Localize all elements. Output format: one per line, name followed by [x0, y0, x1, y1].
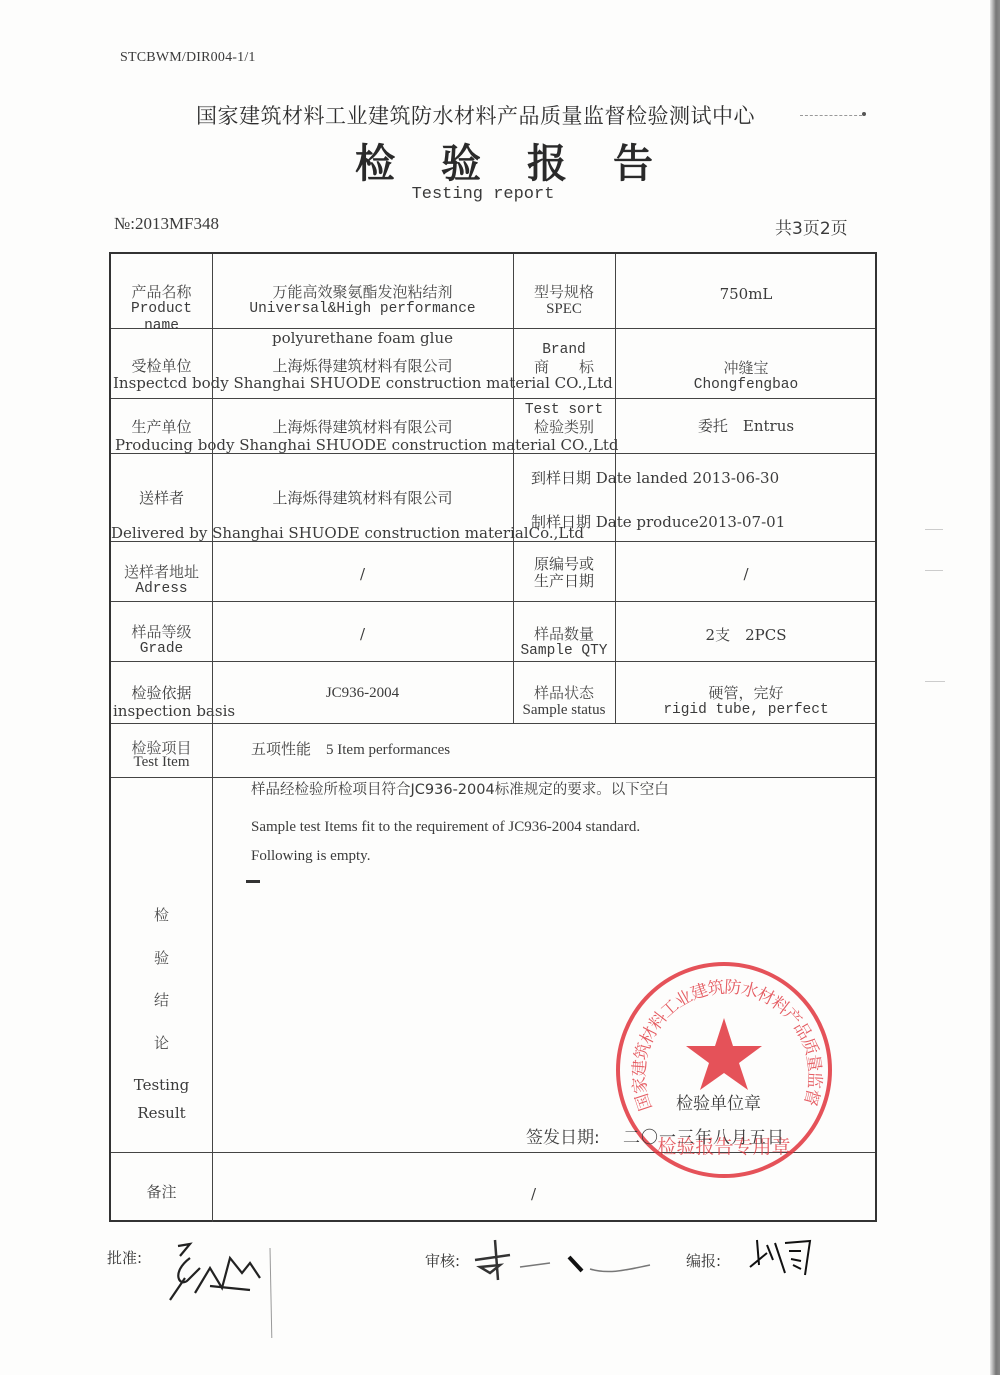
producing-body-value-cn: 上海烁得建筑材料有限公司	[212, 419, 513, 436]
spec-label: 型号规格 SPEC	[513, 284, 615, 318]
reviewed-signature	[470, 1235, 670, 1285]
report-title: 检验报告	[355, 132, 699, 189]
address-value: /	[212, 566, 513, 583]
grade-label: 样品等级 Grade	[111, 624, 212, 658]
inspected-body-value-cn: 上海烁得建筑材料有限公司	[212, 358, 513, 375]
organization-title: 国家建筑材料工业建筑防水材料产品质量监督检验测试中心	[196, 100, 755, 130]
product-name-value-cont: polyurethane foam glue	[212, 330, 513, 347]
reviewed-label: 审核:	[425, 1250, 460, 1271]
product-name-label: 产品名称 Product name	[111, 284, 212, 335]
test-item-value: 五项性能 5 Item performances	[251, 742, 450, 759]
result-text-en-2: Following is empty.	[251, 848, 370, 865]
date-produce: 制样日期 Date produce2013-07-01	[531, 514, 785, 531]
result-text-en: Sample test Items fit to the requirement…	[251, 819, 640, 836]
sample-qty-label: 样品数量 Sample QTY	[513, 626, 615, 660]
inspection-basis-label: 检验依据	[111, 685, 212, 702]
inspected-body-row-en: Inspectcd body Shanghai SHUODE construct…	[113, 375, 613, 392]
remarks-label: 备注	[111, 1184, 212, 1201]
decorative-dot	[862, 112, 866, 116]
result-label: 检 验 结 论	[111, 894, 212, 1064]
seal-ring-text: 国家建筑材料工业建筑防水材料产品质量监督检验测试中心	[612, 958, 824, 1113]
remarks-value: /	[531, 1186, 536, 1203]
star-icon	[686, 1018, 762, 1090]
delivered-by-row-en: Delivered by Shanghai SHUODE constructio…	[111, 525, 584, 542]
approved-signature	[150, 1238, 290, 1338]
blank-marker	[246, 880, 260, 883]
scan-bleed-marks	[925, 525, 949, 705]
sample-qty-value: 2支 2PCS	[615, 627, 877, 644]
compiled-label: 编报:	[686, 1250, 721, 1271]
delivered-by-label: 送样者	[111, 490, 212, 507]
report-number: №:2013MF348	[114, 214, 219, 234]
date-landed: 到样日期 Date landed 2013-06-30	[531, 470, 779, 487]
approved-label: 批准:	[107, 1247, 142, 1268]
grade-value: /	[212, 626, 513, 643]
report-subtitle: Testing report	[0, 185, 966, 204]
delivered-by-value-cn: 上海烁得建筑材料有限公司	[212, 490, 513, 507]
scan-edge-shadow	[990, 0, 1000, 1375]
seal-label: 检验单位章	[676, 1096, 761, 1113]
product-name-value: 万能高效聚氨酯发泡粘结剂 Universal&High performance	[212, 284, 513, 318]
sample-status-value: 硬管，完好 rigid tube, perfect	[615, 685, 877, 719]
test-sort-value: 委托 Entrus	[615, 418, 877, 435]
test-sort-label: Test sort 检验类别	[513, 402, 615, 436]
issue-date-label: 签发日期:	[526, 1130, 600, 1147]
document-code: STCBWM/DIR004-1/1	[120, 50, 256, 66]
page-count: 共3页2页	[775, 214, 848, 239]
original-no-label: 原编号或 生产日期	[513, 556, 615, 590]
producing-body-row-en: Producing body Shanghai SHUODE construct…	[115, 437, 619, 454]
issue-date: 二〇一三年八月五日	[623, 1130, 785, 1147]
inspection-basis-label-en: inspection basis	[113, 703, 235, 720]
sample-status-label: 样品状态 Sample status	[513, 685, 615, 719]
spec-value: 750mL	[615, 286, 877, 303]
svg-text:国家建筑材料工业建筑防水材料产品质量监督检验测试中心: 国家建筑材料工业建筑防水材料产品质量监督检验测试中心	[612, 958, 824, 1113]
compiled-signature	[745, 1235, 825, 1280]
address-label: 送样者地址 Adress	[111, 564, 212, 598]
original-no-value: /	[615, 566, 877, 583]
brand-value: 冲缝宝 Chongfengbao	[615, 360, 877, 394]
official-seal-stamp: 国家建筑材料工业建筑防水材料产品质量监督检验测试中心 检验报告专用章	[612, 958, 837, 1183]
result-text-cn: 样品经检验所检项目符合JC936-2004标准规定的要求。以下空白	[251, 782, 669, 799]
producing-body-label: 生产单位	[111, 419, 212, 436]
decorative-line	[800, 115, 862, 116]
inspection-basis-value: JC936-2004	[212, 685, 513, 702]
inspected-body-label: 受检单位	[111, 358, 212, 375]
brand-label: Brand 商 标	[513, 342, 615, 376]
result-label-en: Testing Result	[111, 1071, 212, 1127]
test-item-label: 检验项目 Test Item	[111, 741, 212, 769]
